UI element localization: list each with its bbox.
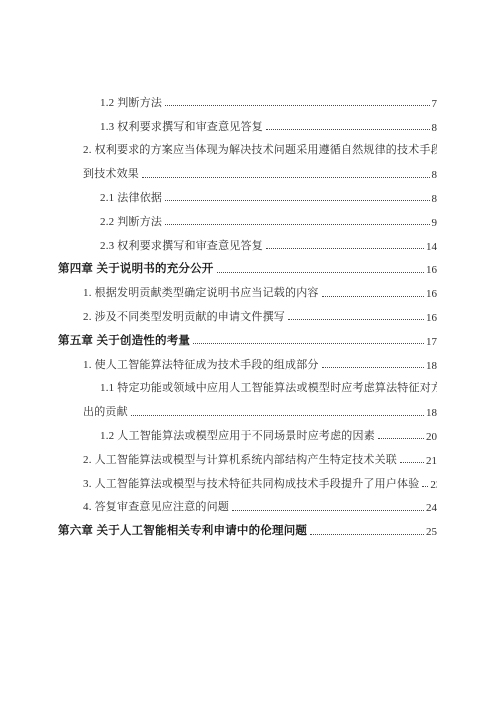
toc-page-number: 7 — [432, 98, 438, 110]
toc-entry: 2.3 权利要求撰写和审查意见答复14 — [58, 229, 437, 253]
toc-leader-dots — [322, 366, 424, 368]
toc-page-number: 18 — [426, 360, 437, 372]
toc-leader-dots — [232, 509, 424, 511]
toc-page-number: 24 — [426, 502, 437, 514]
toc-page-number: 17 — [426, 336, 437, 348]
toc-entry: 第六章 关于人工智能相关专利申请中的伦理问题25 — [58, 514, 437, 538]
toc-entry: 1.3 权利要求撰写和审查意见答复8 — [58, 110, 437, 134]
toc-entry-text: 1.2 人工智能算法或模型应用于不同场景时应考虑的因素 — [58, 427, 375, 443]
toc-entry-text: 2.2 判断方法 — [58, 213, 162, 229]
toc-entry: 2.1 法律依据8 — [58, 181, 437, 205]
toc-entry: 第五章 关于创造性的考量17 — [58, 324, 437, 348]
toc-entry: 1. 根据发明贡献类型确定说明书应当记载的内容16 — [58, 276, 437, 300]
toc-entry: 4. 答复审查意见应注意的问题24 — [58, 491, 437, 515]
toc-entry: 1. 使人工智能算法特征成为技术手段的组成部分18 — [58, 348, 437, 372]
toc-page-number: 8 — [432, 193, 438, 205]
toc-page-number: 14 — [426, 241, 437, 253]
toc-entry-text: 2. 权利要求的方案应当体现为解决技术问题采用遵循自然规律的技术手段并达 — [58, 141, 437, 157]
toc-leader-dots — [193, 342, 424, 344]
toc-entry-text: 第五章 关于创造性的考量 — [58, 332, 190, 348]
toc-entry-text: 第四章 关于说明书的充分公开 — [58, 260, 214, 276]
toc-entry: 2. 权利要求的方案应当体现为解决技术问题采用遵循自然规律的技术手段并达 — [58, 134, 437, 158]
toc-page-number: 9 — [432, 217, 438, 229]
toc-entry-continuation: 到技术效果8 — [58, 157, 437, 181]
toc-page-number: 23 — [430, 479, 437, 491]
toc-entry: 1.1 特定功能或领域中应用人工智能算法或模型时应考虑算法特征对方案作 — [58, 372, 437, 396]
toc-page-number: 8 — [432, 169, 438, 181]
toc-page-number: 25 — [426, 526, 437, 538]
toc-leader-dots — [266, 247, 424, 249]
toc-leader-dots — [165, 223, 429, 225]
toc-leader-dots — [378, 437, 424, 439]
toc-entry-text: 出的贡献 — [58, 403, 128, 419]
toc-page-number: 18 — [426, 407, 437, 419]
toc-page-number: 21 — [426, 455, 437, 467]
toc-entry: 3. 人工智能算法或模型与技术特征共同构成技术手段提升了用户体验23 — [58, 467, 437, 491]
toc-entry-text: 1. 使人工智能算法特征成为技术手段的组成部分 — [58, 356, 319, 372]
toc-leader-dots — [422, 485, 428, 487]
toc-page-number: 16 — [426, 312, 437, 324]
toc-leader-dots — [142, 176, 430, 178]
toc-page-number: 20 — [426, 431, 437, 443]
toc-leader-dots — [400, 461, 424, 463]
toc-page-number: 16 — [426, 288, 437, 300]
toc-entry-text: 4. 答复审查意见应注意的问题 — [58, 498, 229, 514]
toc-leader-dots — [288, 318, 424, 320]
toc-entry-text: 第六章 关于人工智能相关专利申请中的伦理问题 — [58, 522, 307, 538]
toc-entry: 1.2 判断方法7 — [58, 86, 437, 110]
toc-entry-text: 2. 涉及不同类型发明贡献的申请文件撰写 — [58, 308, 285, 324]
toc-leader-dots — [266, 128, 430, 130]
toc-entry: 第四章 关于说明书的充分公开16 — [58, 253, 437, 277]
toc-entry-text: 2.1 法律依据 — [58, 189, 162, 205]
toc-entry-text: 1.1 特定功能或领域中应用人工智能算法或模型时应考虑算法特征对方案作 — [58, 379, 437, 395]
toc-leader-dots — [217, 271, 425, 273]
toc-entry: 2. 人工智能算法或模型与计算机系统内部结构产生特定技术关联21 — [58, 443, 437, 467]
toc-leader-dots — [322, 295, 424, 297]
toc-leader-dots — [165, 199, 429, 201]
toc-entry-text: 1.2 判断方法 — [58, 94, 162, 110]
toc-entry: 1.2 人工智能算法或模型应用于不同场景时应考虑的因素20 — [58, 419, 437, 443]
toc-page-number: 8 — [432, 122, 438, 134]
toc-entry-text: 1. 根据发明贡献类型确定说明书应当记载的内容 — [58, 284, 319, 300]
toc-entry-text: 2.3 权利要求撰写和审查意见答复 — [58, 237, 263, 253]
toc-entry-text: 到技术效果 — [58, 165, 139, 181]
toc-entry-continuation: 出的贡献18 — [58, 395, 437, 419]
toc-entry: 2.2 判断方法9 — [58, 205, 437, 229]
toc-page-number: 16 — [426, 264, 437, 276]
toc-entry-text: 1.3 权利要求撰写和审查意见答复 — [58, 118, 263, 134]
toc-leader-dots — [131, 414, 424, 416]
toc-leader-dots — [165, 104, 429, 106]
document-page: 1.2 判断方法71.3 权利要求撰写和审查意见答复82. 权利要求的方案应当体… — [0, 0, 500, 707]
toc-entry-text: 2. 人工智能算法或模型与计算机系统内部结构产生特定技术关联 — [58, 451, 397, 467]
toc-entry: 2. 涉及不同类型发明贡献的申请文件撰写16 — [58, 300, 437, 324]
toc-leader-dots — [310, 533, 424, 535]
table-of-contents: 1.2 判断方法71.3 权利要求撰写和审查意见答复82. 权利要求的方案应当体… — [58, 86, 437, 538]
toc-entry-text: 3. 人工智能算法或模型与技术特征共同构成技术手段提升了用户体验 — [58, 475, 419, 491]
